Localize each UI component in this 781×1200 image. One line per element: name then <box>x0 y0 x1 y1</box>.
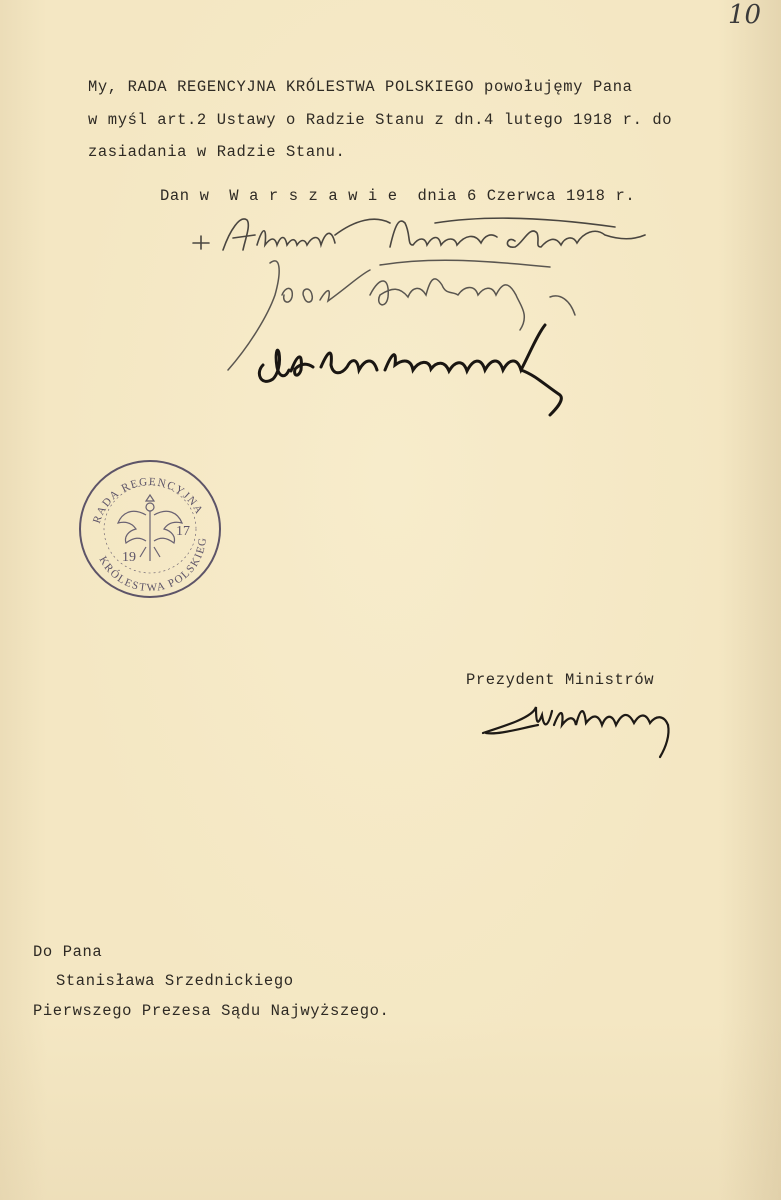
body-line-2: w myśl art.2 Ustawy o Radzie Stanu z dn.… <box>88 111 672 129</box>
page-number: 10 <box>728 0 761 30</box>
addressee-salutation: Do Pana <box>33 943 102 961</box>
addressee-position: Pierwszego Prezesa Sądu Najwyższego. <box>33 1002 389 1020</box>
minister-title: Prezydent Ministrów <box>466 671 654 689</box>
date-line: Dan w W a r s z a w i e dnia 6 Czerwca 1… <box>160 187 635 205</box>
addressee-name: Stanisława Srzednickiego <box>56 972 294 990</box>
body-line-1: My, RADA REGENCYJNA KRÓLESTWA POLSKIEGO … <box>88 78 633 96</box>
signature-lubomirski <box>245 315 645 420</box>
signature-minister <box>478 695 688 765</box>
regency-council-stamp: RADA REGENCYJNA KRÓLESTWA POLSKIEGO 19 1… <box>76 457 224 602</box>
stamp-year-right: 17 <box>176 524 190 539</box>
body-line-3: zasiadania w Radzie Stanu. <box>88 143 345 161</box>
stamp-year-left: 19 <box>122 550 136 565</box>
